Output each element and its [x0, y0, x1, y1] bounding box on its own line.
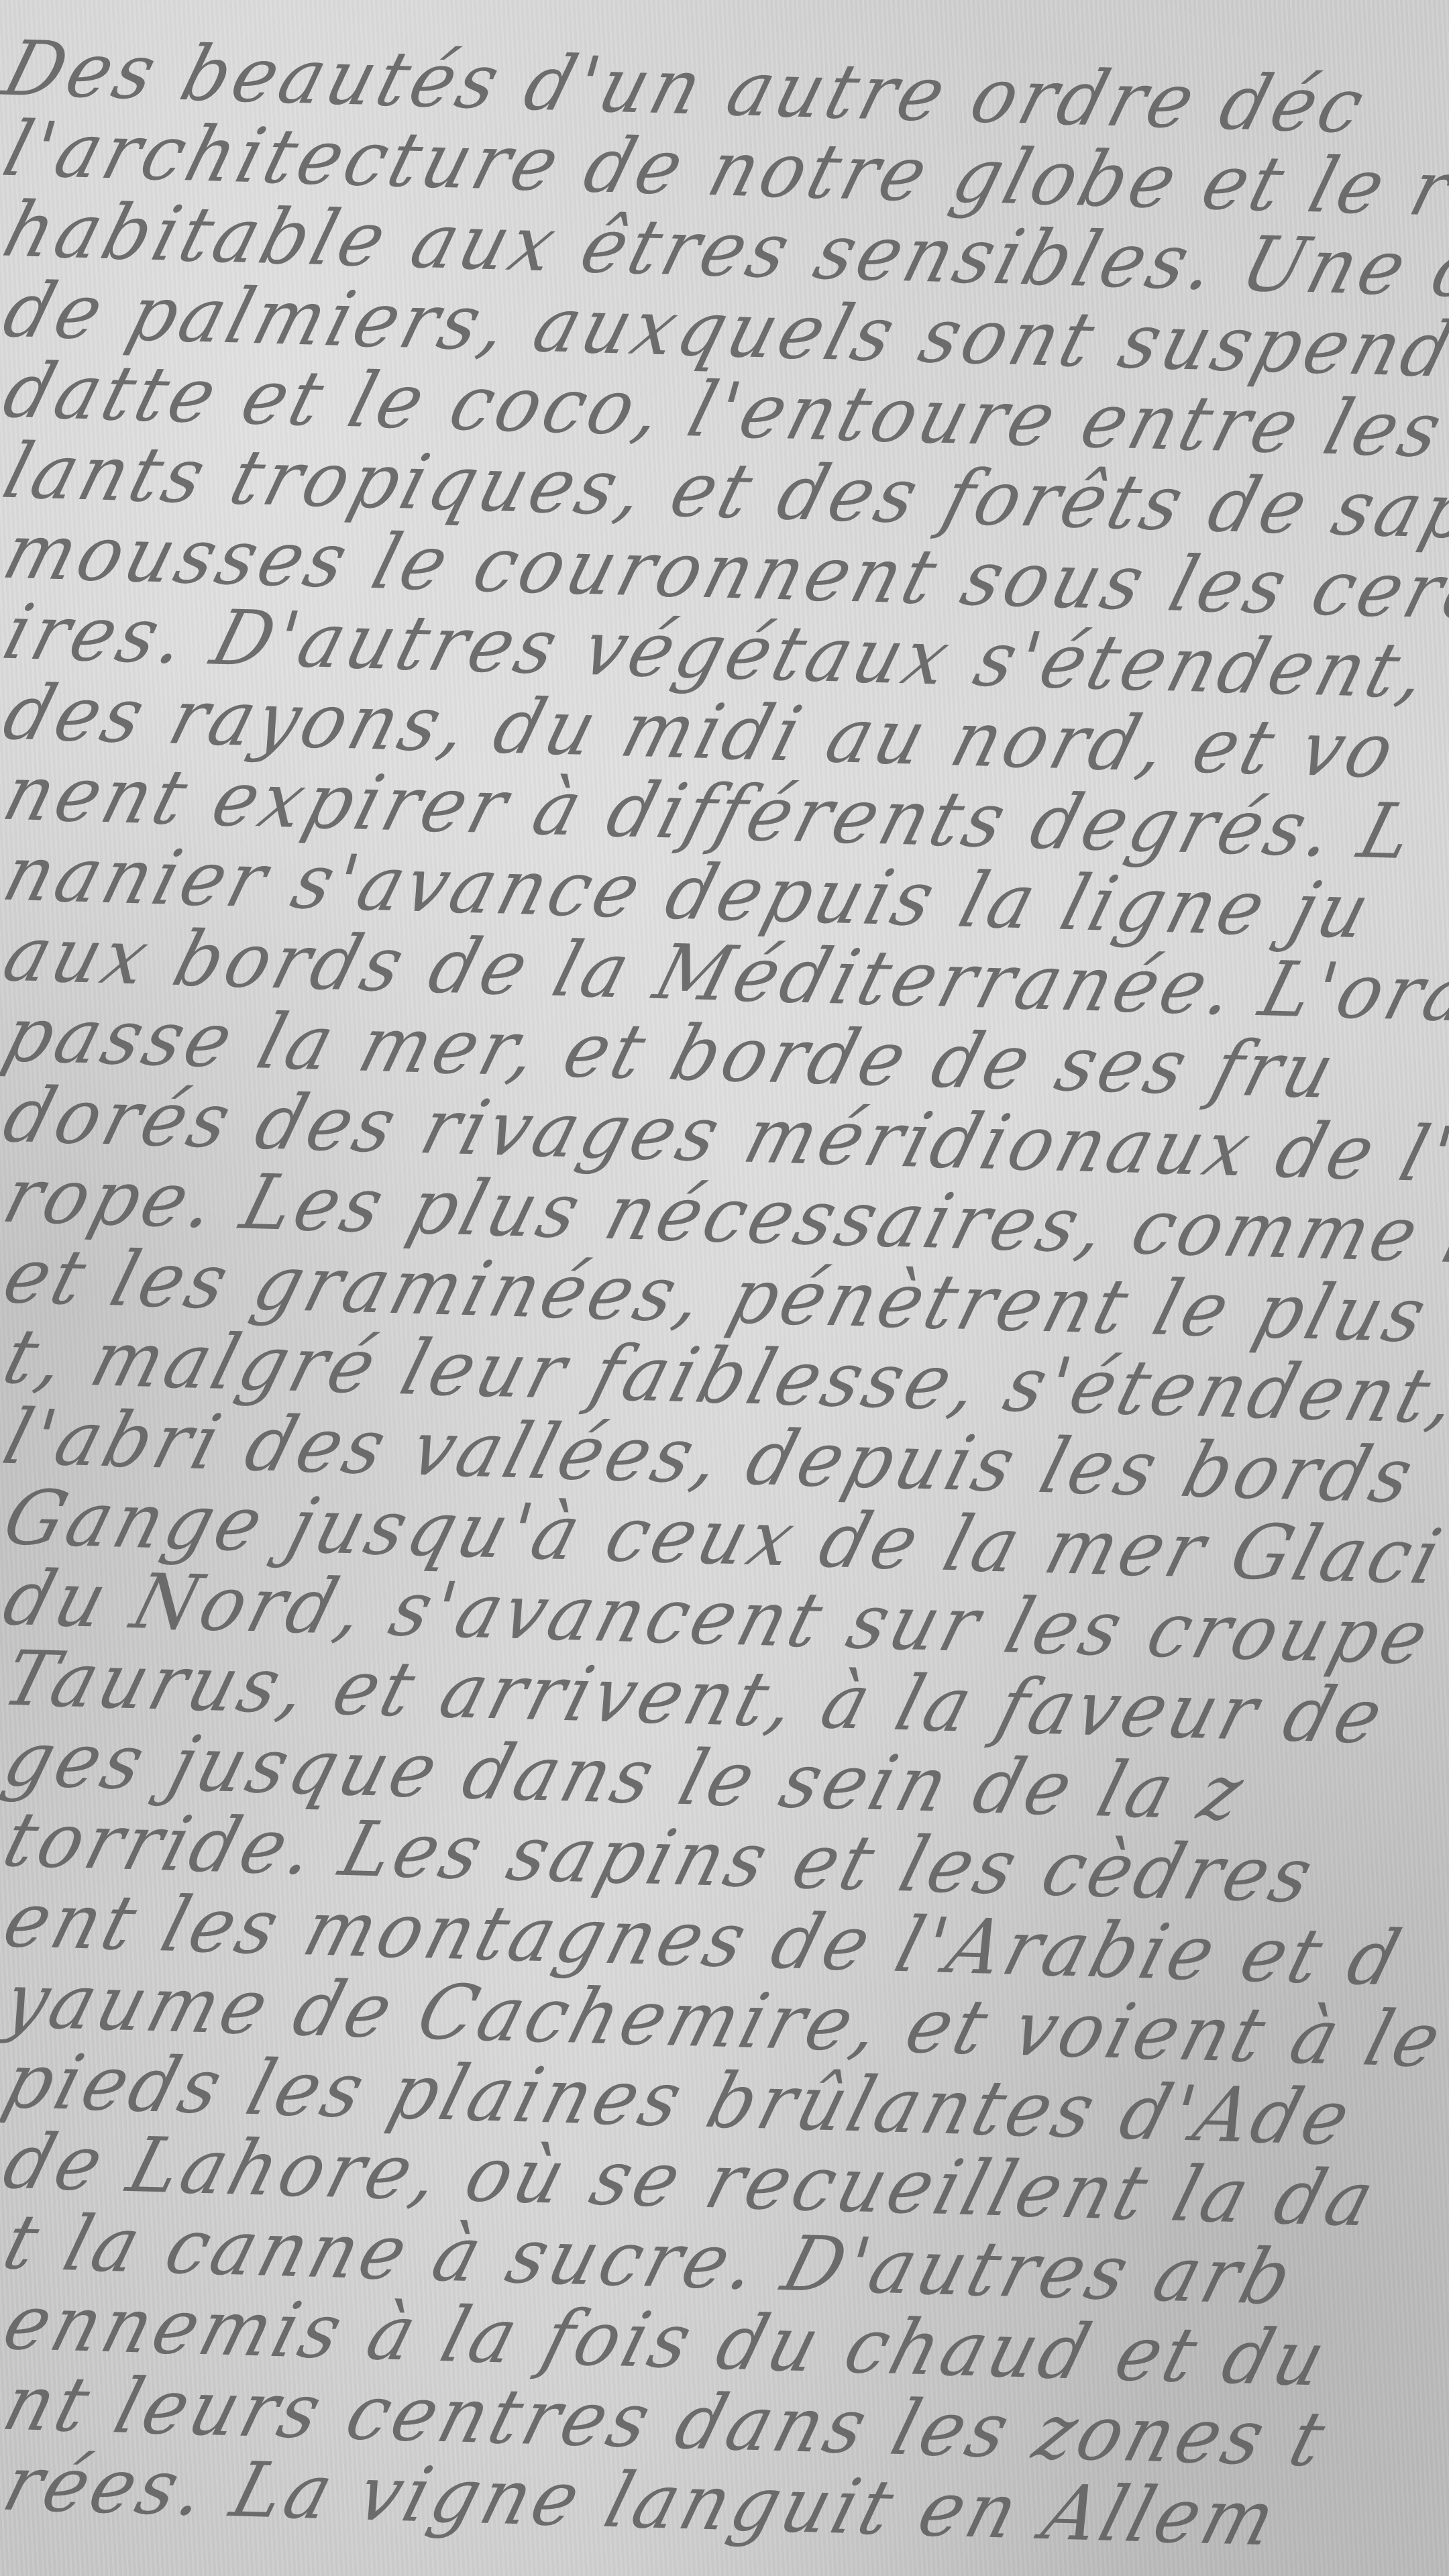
handwritten-text: Des beautés d'un autre ordre déc l'archi…: [0, 0, 1449, 2576]
